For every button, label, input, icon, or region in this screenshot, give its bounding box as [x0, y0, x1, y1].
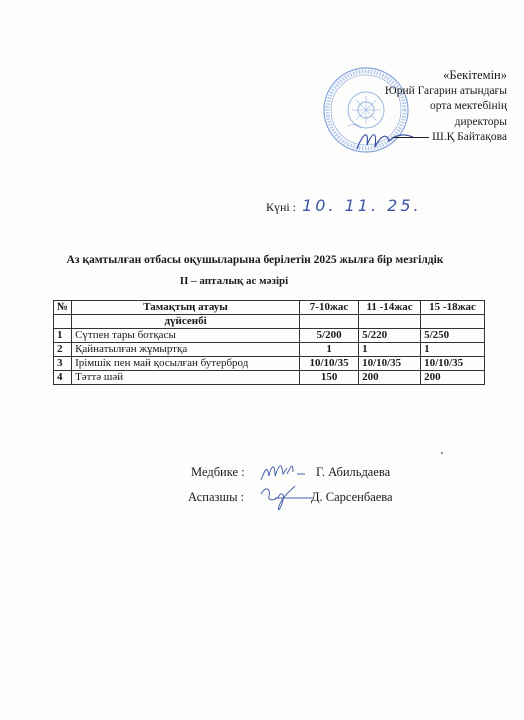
portion-11-14: 1	[359, 343, 421, 357]
nurse-signature-icon	[257, 458, 307, 484]
portion-15-18: 10/10/35	[421, 357, 485, 371]
column-header-number: №	[54, 301, 72, 315]
portion-7-10: 1	[300, 343, 359, 357]
column-header-age-7-10: 7-10жас	[300, 301, 359, 315]
document-subtitle: ІІ – апталық ас мәзірі	[0, 275, 524, 287]
column-header-age-15-18: 15 -18жас	[421, 301, 485, 315]
signature-line	[393, 137, 429, 138]
column-header-name: Тамақтың атауы	[72, 301, 300, 315]
day-row: дүйсенбі	[54, 315, 485, 329]
portion-7-10: 5/200	[300, 329, 359, 343]
row-number: 2	[54, 343, 72, 357]
portion-7-10: 10/10/35	[300, 357, 359, 371]
dish-name: Қайнатылған жұмыртқа	[72, 343, 300, 357]
empty-cell	[54, 315, 72, 329]
approval-block: «Бекітемін» Юрий Гагарин атындағы орта м…	[385, 68, 507, 146]
portion-11-14: 5/220	[359, 329, 421, 343]
approval-title: «Бекітемін»	[385, 68, 507, 84]
approval-line: директоры	[385, 115, 507, 131]
table-row: 2 Қайнатылған жұмыртқа 1 1 1	[54, 343, 485, 357]
empty-cell	[359, 315, 421, 329]
portion-11-14: 10/10/35	[359, 357, 421, 371]
portion-15-18: 5/250	[421, 329, 485, 343]
date-row: Күні :10. 11. 25.	[266, 196, 422, 215]
document-title: Аз қамтылған отбасы оқушыларына берілеті…	[0, 254, 524, 266]
dish-name: Ірімшік пен май қосылған бутерброд	[72, 357, 300, 371]
portion-11-14: 200	[359, 371, 421, 385]
row-number: 3	[54, 357, 72, 371]
table-row: 3 Ірімшік пен май қосылған бутерброд 10/…	[54, 357, 485, 371]
dish-name: Сүтпен тары ботқасы	[72, 329, 300, 343]
empty-cell	[421, 315, 485, 329]
cook-signature-icon	[255, 482, 315, 516]
signature-row-cook: Аспазшы : Д. Сарсенбаева	[188, 490, 244, 505]
speck	[441, 452, 443, 454]
portion-15-18: 1	[421, 343, 485, 357]
table-header-row: № Тамақтың атауы 7-10жас 11 -14жас 15 -1…	[54, 301, 485, 315]
portion-7-10: 150	[300, 371, 359, 385]
approval-signatory: Ш.Қ Байтақова	[385, 130, 507, 146]
signatory-name: Ш.Қ Байтақова	[432, 131, 507, 143]
signature-row-nurse: Медбике : Г. Абильдаева	[191, 465, 245, 480]
date-label: Күні :	[266, 200, 296, 214]
approval-line: орта мектебінің	[385, 99, 507, 115]
menu-table: № Тамақтың атауы 7-10жас 11 -14жас 15 -1…	[53, 300, 485, 385]
row-number: 4	[54, 371, 72, 385]
signature-role: Аспазшы :	[188, 490, 244, 505]
date-value: 10. 11. 25.	[302, 196, 422, 215]
signature-name: Г. Абильдаева	[316, 465, 390, 480]
portion-15-18: 200	[421, 371, 485, 385]
column-header-age-11-14: 11 -14жас	[359, 301, 421, 315]
signature-role: Медбике :	[191, 465, 245, 480]
empty-cell	[300, 315, 359, 329]
table-row: 1 Сүтпен тары ботқасы 5/200 5/220 5/250	[54, 329, 485, 343]
table-row: 4 Тәттә шәй 150 200 200	[54, 371, 485, 385]
row-number: 1	[54, 329, 72, 343]
dish-name: Тәттә шәй	[72, 371, 300, 385]
day-label: дүйсенбі	[72, 315, 300, 329]
signature-name: Д. Сарсенбаева	[311, 490, 393, 505]
approval-line: Юрий Гагарин атындағы	[385, 84, 507, 100]
